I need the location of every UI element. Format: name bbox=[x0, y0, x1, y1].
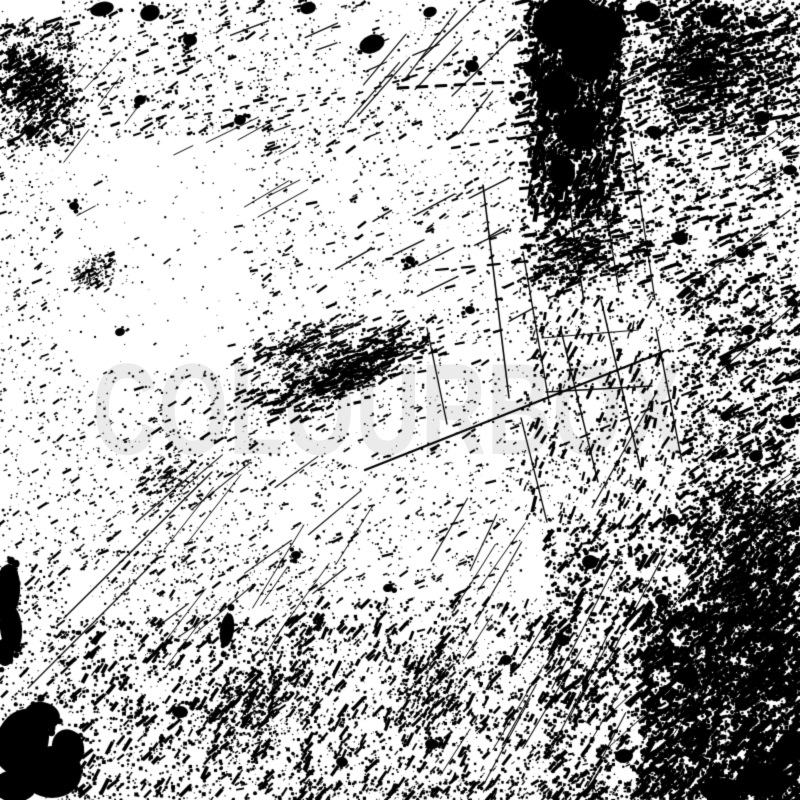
grunge-texture-image: COLOURBOX bbox=[0, 0, 800, 800]
texture-canvas bbox=[0, 0, 800, 800]
